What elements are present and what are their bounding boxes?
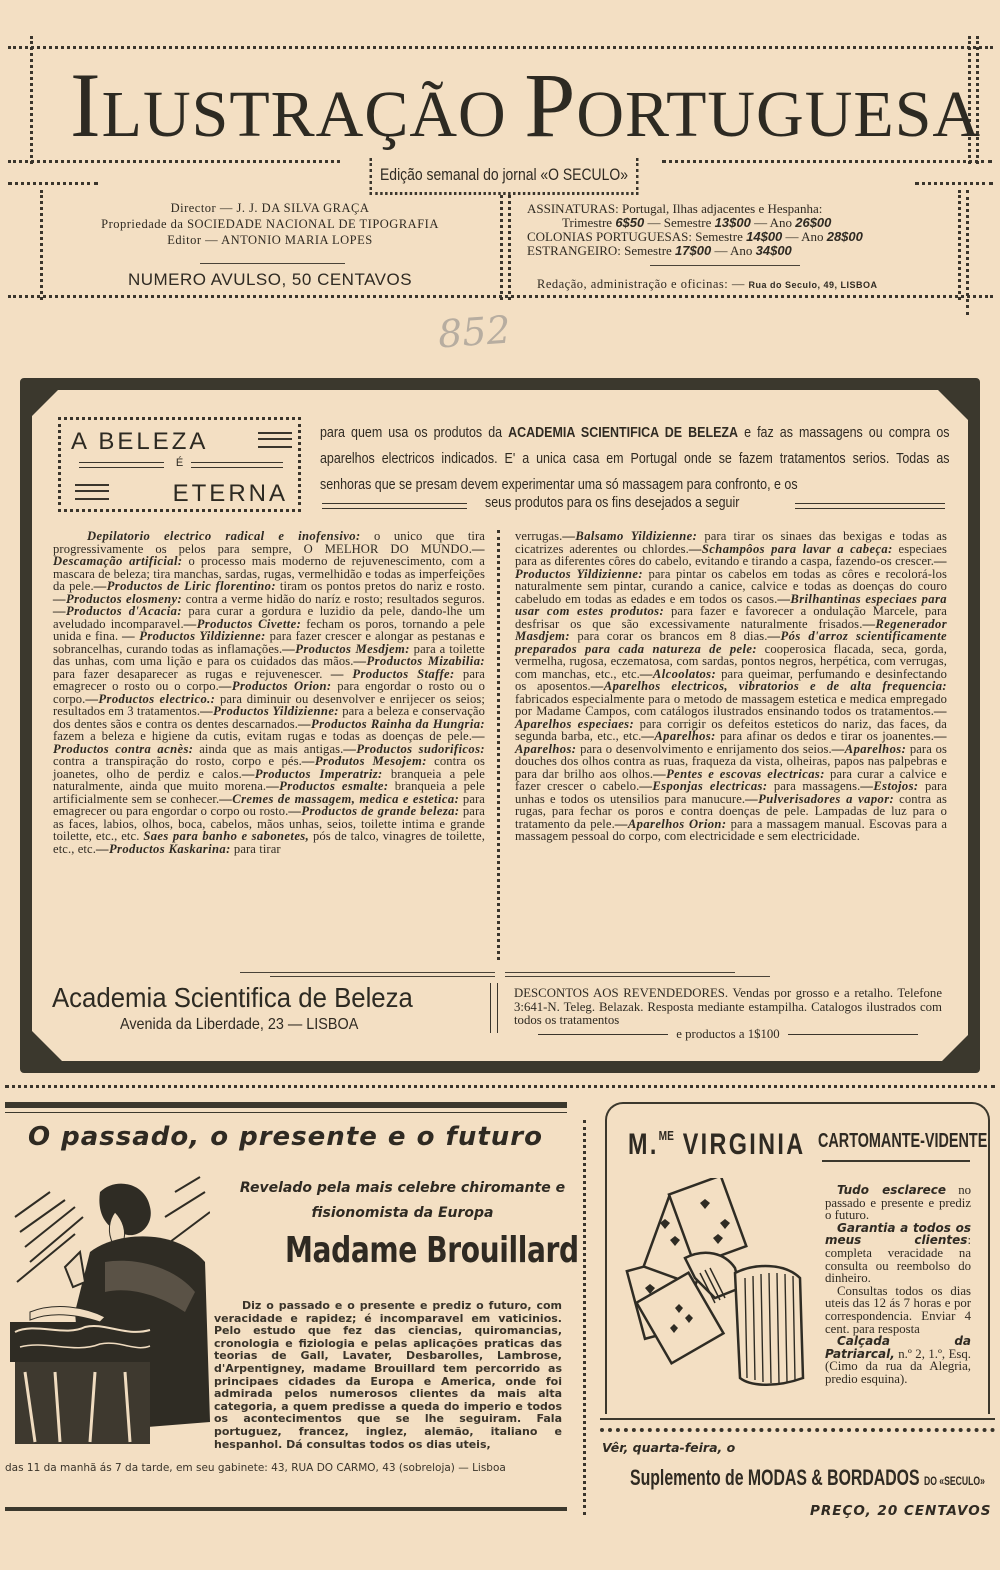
name-prefix: M. <box>628 1128 659 1161</box>
info-center-rule <box>500 195 503 300</box>
title-initial: I <box>70 54 102 156</box>
credits-block: Director — J. J. DA SILVA GRAÇA Propried… <box>50 200 490 248</box>
footer-ornament <box>505 976 770 977</box>
title-initial-2: P <box>524 54 576 156</box>
title-word-2: ORTUGUESA <box>576 78 981 151</box>
beauty-intro: para quem usa os produtos da ACADEMIA SC… <box>320 420 950 498</box>
footer-divider <box>490 983 498 1033</box>
intro-ornament-right <box>795 503 945 509</box>
subs-divider <box>650 265 800 266</box>
masthead-top-rule <box>8 46 993 49</box>
edition-rule-left <box>8 160 340 163</box>
office-label: Redação, administração e oficinas: — <box>537 277 745 291</box>
beleza-eterna-badge: A BELEZA É ETERNA <box>58 417 301 512</box>
price-ano: 28$00 <box>827 229 863 244</box>
intro-last-line: seus produtos para os fins desejados a s… <box>485 495 739 511</box>
bottom-column-divider <box>583 1120 586 1515</box>
intro-brand: ACADEMIA SCIENTIFICA DE BELEZA <box>508 425 738 441</box>
ornament-line <box>788 1034 918 1035</box>
products-column-left: Depilatorio electrico radical e inofensi… <box>53 530 485 855</box>
product-description: fabricados especialmente para o metodo d… <box>515 692 947 719</box>
virginia-p2: Garantia a todos os meus clientes: compl… <box>825 1222 971 1285</box>
edition-rule-right <box>662 160 992 163</box>
owner-line: Propriedade da SOCIEDADE NACIONAL DE TIP… <box>50 216 490 232</box>
brouillard-headline: O passado, o presente e o futuro <box>28 1122 543 1152</box>
subscriptions-colonias: COLONIAS PORTUGUESAS: Semestre 14$00 — A… <box>527 230 947 244</box>
badge-line-3: ETERNA <box>173 480 288 508</box>
intro-ornament-left <box>322 503 467 509</box>
badge-ornament <box>258 432 292 448</box>
brouillard-top-bar <box>5 1102 567 1108</box>
pencil-annotation: 852 <box>437 308 512 357</box>
edition-rule-right-short <box>915 182 993 185</box>
label: — Ano <box>754 215 792 230</box>
dealers-price: e productos a 1$100 <box>676 1027 779 1041</box>
virginia-name: M.ME VIRGINIA <box>628 1128 805 1162</box>
virginia-title-underline <box>822 1160 970 1162</box>
brouillard-body: Diz o passado e o presente e prediz o fu… <box>214 1300 562 1451</box>
footer-ornament <box>505 972 735 973</box>
price-ano: 34$00 <box>756 243 792 258</box>
price-ano: 26$00 <box>795 215 831 230</box>
intro-text: para quem usa os produtos da <box>320 425 508 441</box>
office-street: Rua do Seculo, 49, LISBOA <box>748 280 877 290</box>
supplement-title-suffix: DO «SECULO» <box>924 1474 985 1488</box>
name-sup: ME <box>659 1128 674 1143</box>
title-word-1: LUSTRAÇÃO <box>102 78 525 151</box>
label: ESTRANGEIRO: Semestre <box>527 243 672 258</box>
product-name: —Productos Kaskarina: <box>96 842 231 856</box>
masthead-title: ILUSTRAÇÃO PORTUGUESA <box>70 52 950 158</box>
brouillard-bottom-bar <box>5 1507 567 1511</box>
products-column-right: verrugas.—Balsamo Yildizienne: para tira… <box>515 530 947 843</box>
brouillard-top-line <box>5 1112 567 1113</box>
office-address: Redação, administração e oficinas: — Rua… <box>537 277 878 292</box>
director-line: Director — J. J. DA SILVA GRAÇA <box>50 200 490 216</box>
info-left-rule <box>40 190 43 300</box>
footer-ornament <box>270 976 495 977</box>
frame-corner <box>32 1031 62 1061</box>
supplement-rule <box>600 1428 995 1432</box>
label: — Ano <box>714 243 752 258</box>
dealers-last: e productos a 1$100 <box>514 1028 942 1042</box>
name-main: VIRGINIA <box>683 1128 806 1161</box>
woman-palmist-illustration <box>5 1172 210 1444</box>
company-address: Avenida da Liberdade, 23 — LISBOA <box>120 1016 358 1034</box>
subscriptions-block: ASSINATURAS: Portugal, Ilhas adjacentes … <box>527 202 947 258</box>
price-semestre: 13$00 <box>715 215 751 230</box>
label: — Ano <box>786 229 824 244</box>
virginia-bottom-line <box>600 1418 995 1420</box>
subscriptions-heading: ASSINATURAS: Portugal, Ilhas adjacentes … <box>527 202 947 216</box>
price-trimestre: 6$50 <box>615 215 644 230</box>
virginia-p1: Tudo esclarece no passado e presente e p… <box>825 1184 971 1222</box>
price-semestre: 14$00 <box>746 229 782 244</box>
credits-divider <box>200 263 345 264</box>
virginia-p4: Calçada da Patriarcal, n.º 2, 1.º, Esq. … <box>825 1335 971 1385</box>
virginia-title: CARTOMANTE-VIDENTE <box>818 1130 987 1153</box>
brouillard-hours: das 11 da manhã ás 7 da tarde, em seu ga… <box>5 1463 567 1474</box>
virginia-text: Tudo esclarece no passado e presente e p… <box>825 1184 971 1386</box>
editor-line: Editor — ANTONIO MARIA LOPES <box>50 232 490 248</box>
info-right-rule <box>958 190 961 300</box>
column-divider <box>497 530 500 960</box>
section-rule <box>5 1085 995 1088</box>
info-center-rule-2 <box>508 195 511 300</box>
label: Trimestre <box>562 215 612 230</box>
masthead-bottom-rule <box>8 295 993 298</box>
single-issue-price: NUMERO AVULSO, 50 CENTAVOS <box>60 270 480 290</box>
label: — Semestre <box>648 215 712 230</box>
bold-text: Garantia a todos os meus clientes <box>825 1221 971 1248</box>
dealers-info: DESCONTOS AOS REVENDEDORES. Vendas por g… <box>514 987 942 1041</box>
virginia-p3: Consultas todos os dias uteis das 12 ás … <box>825 1285 971 1335</box>
masthead-left-rule <box>30 36 33 164</box>
company-name: Academia Scientifica de Beleza <box>52 982 413 1014</box>
ornament-line <box>538 1034 668 1035</box>
dealers-text: DESCONTOS AOS REVENDEDORES. Vendas por g… <box>514 987 942 1028</box>
label: COLONIAS PORTUGUESAS: Semestre <box>527 229 743 244</box>
footer-ornament <box>240 972 495 973</box>
badge-line-1: A BELEZA <box>71 428 208 456</box>
frame-corner <box>938 390 968 420</box>
hand-cards-illustration <box>625 1178 810 1393</box>
brouillard-subtitle: Revelado pela mais celebre chiromante e … <box>230 1176 575 1226</box>
badge-ornament <box>75 484 109 500</box>
supplement-price: PREÇO, 20 CENTAVOS <box>810 1503 991 1519</box>
edition-rule-left-short <box>8 182 98 185</box>
subscriptions-portugal: Trimestre 6$50 — Semestre 13$00 — Ano 26… <box>527 216 947 230</box>
product-description: para tirar <box>231 842 281 856</box>
badge-ornament <box>191 462 283 468</box>
edition-label: Edição semanal do jornal «O SECULO» <box>370 158 639 195</box>
supplement-title: Suplemento de MODAS & BORDADOS DO «SECUL… <box>630 1465 985 1491</box>
brouillard-name: Madame Brouillard <box>285 1230 519 1271</box>
price-semestre: 17$00 <box>675 243 711 258</box>
supplement-intro: Vêr, quarta-feira, o <box>602 1440 735 1455</box>
supplement-title-main: Suplemento de MODAS & BORDADOS <box>630 1465 920 1490</box>
subscriptions-estrangeiro: ESTRANGEIRO: Semestre 17$00 — Ano 34$00 <box>527 244 947 258</box>
